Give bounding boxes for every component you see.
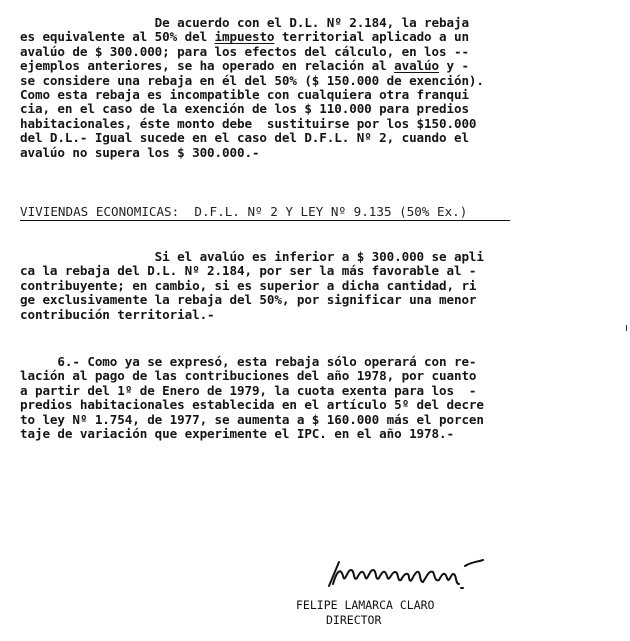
signatory-name: FELIPE LAMARCA CLARO [296,598,434,612]
text-line: avalúo no supera los $ 300.000.- [20,146,259,160]
text-line: ca la rebaja del D.L. Nº 2.184, por ser … [20,264,476,278]
text-line: 6.- Como ya se expresó, esta rebaja sólo… [20,355,476,369]
text-line: es equivalente al 50% del impuesto terri… [20,30,469,44]
document-page: De acuerdo con el D.L. Nº 2.184, la reba… [0,0,630,641]
scan-speck [626,325,627,331]
text-line: contribuyente; en cambio, si es superior… [20,279,476,293]
signature-scribble [325,556,485,592]
text-line: ge exclusivamente la rebaja del 50%, por… [20,293,476,307]
section-heading-viviendas-economicas: VIVIENDAS ECONOMICAS: D.F.L. Nº 2 Y LEY … [20,205,510,221]
text-line: to ley Nº 1.754, de 1977, se aumenta a $… [20,413,484,427]
text-line: a partir del 1º de Enero de 1979, la cuo… [20,384,476,398]
text-line: predios habitacionales establecida en el… [20,398,484,412]
text-line: avalúo de $ 300.000; para los efectos de… [20,45,469,59]
text-line: cia, en el caso de la exención de los $ … [20,102,469,116]
text-line: habitacionales, éste monto debe sustitui… [20,117,476,131]
text-line: Como esta rebaja es incompatible con cua… [20,88,469,102]
text-line: lación al pago de las contribuciones del… [20,369,476,383]
text-line: contribución territorial.- [20,308,215,322]
text-line: se considere una rebaja en él del 50% ($… [20,74,484,88]
text-line: ejemplos anteriores, se ha operado en re… [20,59,469,73]
text-line: del D.L.- Igual sucede en el caso del D.… [20,131,469,145]
text-line: De acuerdo con el D.L. Nº 2.184, la reba… [20,16,469,30]
text-line: taje de variación que experimente el IPC… [20,427,454,441]
signatory-title: DIRECTOR [326,613,381,627]
text-line: Si el avalúo es inferior a $ 300.000 se … [20,250,484,264]
